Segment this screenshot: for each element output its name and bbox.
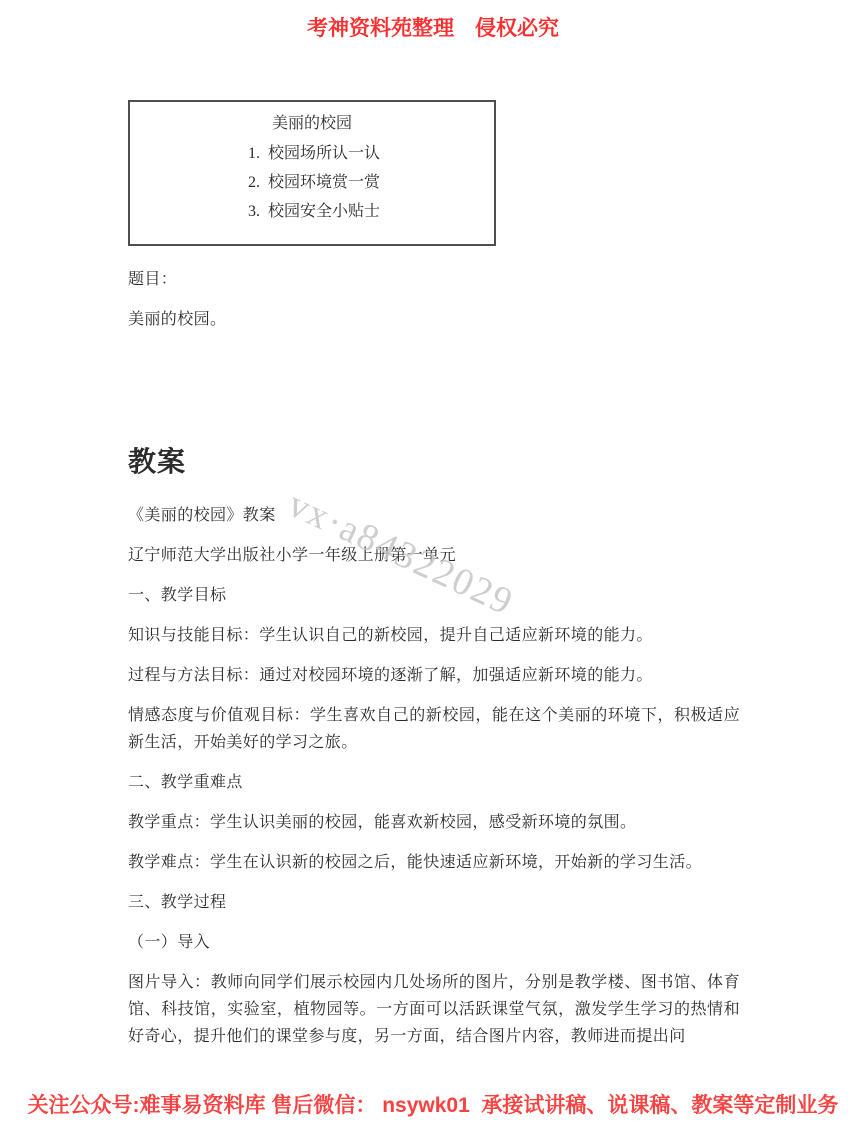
outline-title: 美丽的校园 — [130, 111, 494, 136]
paragraph: 情感态度与价值观目标：学生喜欢自己的新校园，能在这个美丽的环境下，积极适应新生活… — [128, 702, 740, 756]
paragraph: 知识与技能目标：学生认识自己的新校园，提升自己适应新环境的能力。 — [128, 622, 740, 649]
topic-value: 美丽的校园。 — [128, 306, 740, 333]
lesson-plan-heading: 教案 — [128, 443, 740, 483]
outline-list: 校园场所认一认校园环境赏一赏校园安全小贴士 — [130, 139, 494, 226]
document-body: 美丽的校园 校园场所认一认校园环境赏一赏校园安全小贴士 题目： 美丽的校园。 教… — [128, 0, 740, 1063]
document-page: 考神资料苑整理 侵权必究 美丽的校园 校园场所认一认校园环境赏一赏校园安全小贴士… — [0, 0, 866, 1122]
paragraph: 辽宁师范大学出版社小学一年级上册第一单元 — [128, 542, 740, 569]
lesson-outline-box: 美丽的校园 校园场所认一认校园环境赏一赏校园安全小贴士 — [128, 100, 496, 246]
outline-list-item: 校园安全小贴士 — [264, 197, 494, 226]
paragraph: 教学重点：学生认识美丽的校园，能喜欢新校园，感受新环境的氛围。 — [128, 809, 740, 836]
paragraph: 一、教学目标 — [128, 582, 740, 609]
paragraph: 教学难点：学生在认识新的校园之后，能快速适应新环境，开始新的学习生活。 — [128, 849, 740, 876]
paragraph: 过程与方法目标：通过对校园环境的逐渐了解，加强适应新环境的能力。 — [128, 662, 740, 689]
paragraph: 二、教学重难点 — [128, 769, 740, 796]
paragraph: （一）导入 — [128, 929, 740, 956]
topic-block: 题目： 美丽的校园。 — [128, 266, 740, 333]
lesson-plan-paragraphs: 《美丽的校园》教案辽宁师范大学出版社小学一年级上册第一单元一、教学目标知识与技能… — [128, 502, 740, 1050]
bottom-contact-notice: 关注公众号:难事易资料库 售后微信： nsywk01 承接试讲稿、说课稿、教案等… — [0, 1093, 866, 1119]
outline-list-item: 校园环境赏一赏 — [264, 168, 494, 197]
paragraph: 《美丽的校园》教案 — [128, 502, 740, 529]
topic-label: 题目： — [128, 266, 740, 293]
paragraph: 图片导入：教师向同学们展示校园内几处场所的图片，分别是教学楼、图书馆、体育馆、科… — [128, 969, 740, 1050]
outline-list-item: 校园场所认一认 — [264, 139, 494, 168]
paragraph: 三、教学过程 — [128, 889, 740, 916]
